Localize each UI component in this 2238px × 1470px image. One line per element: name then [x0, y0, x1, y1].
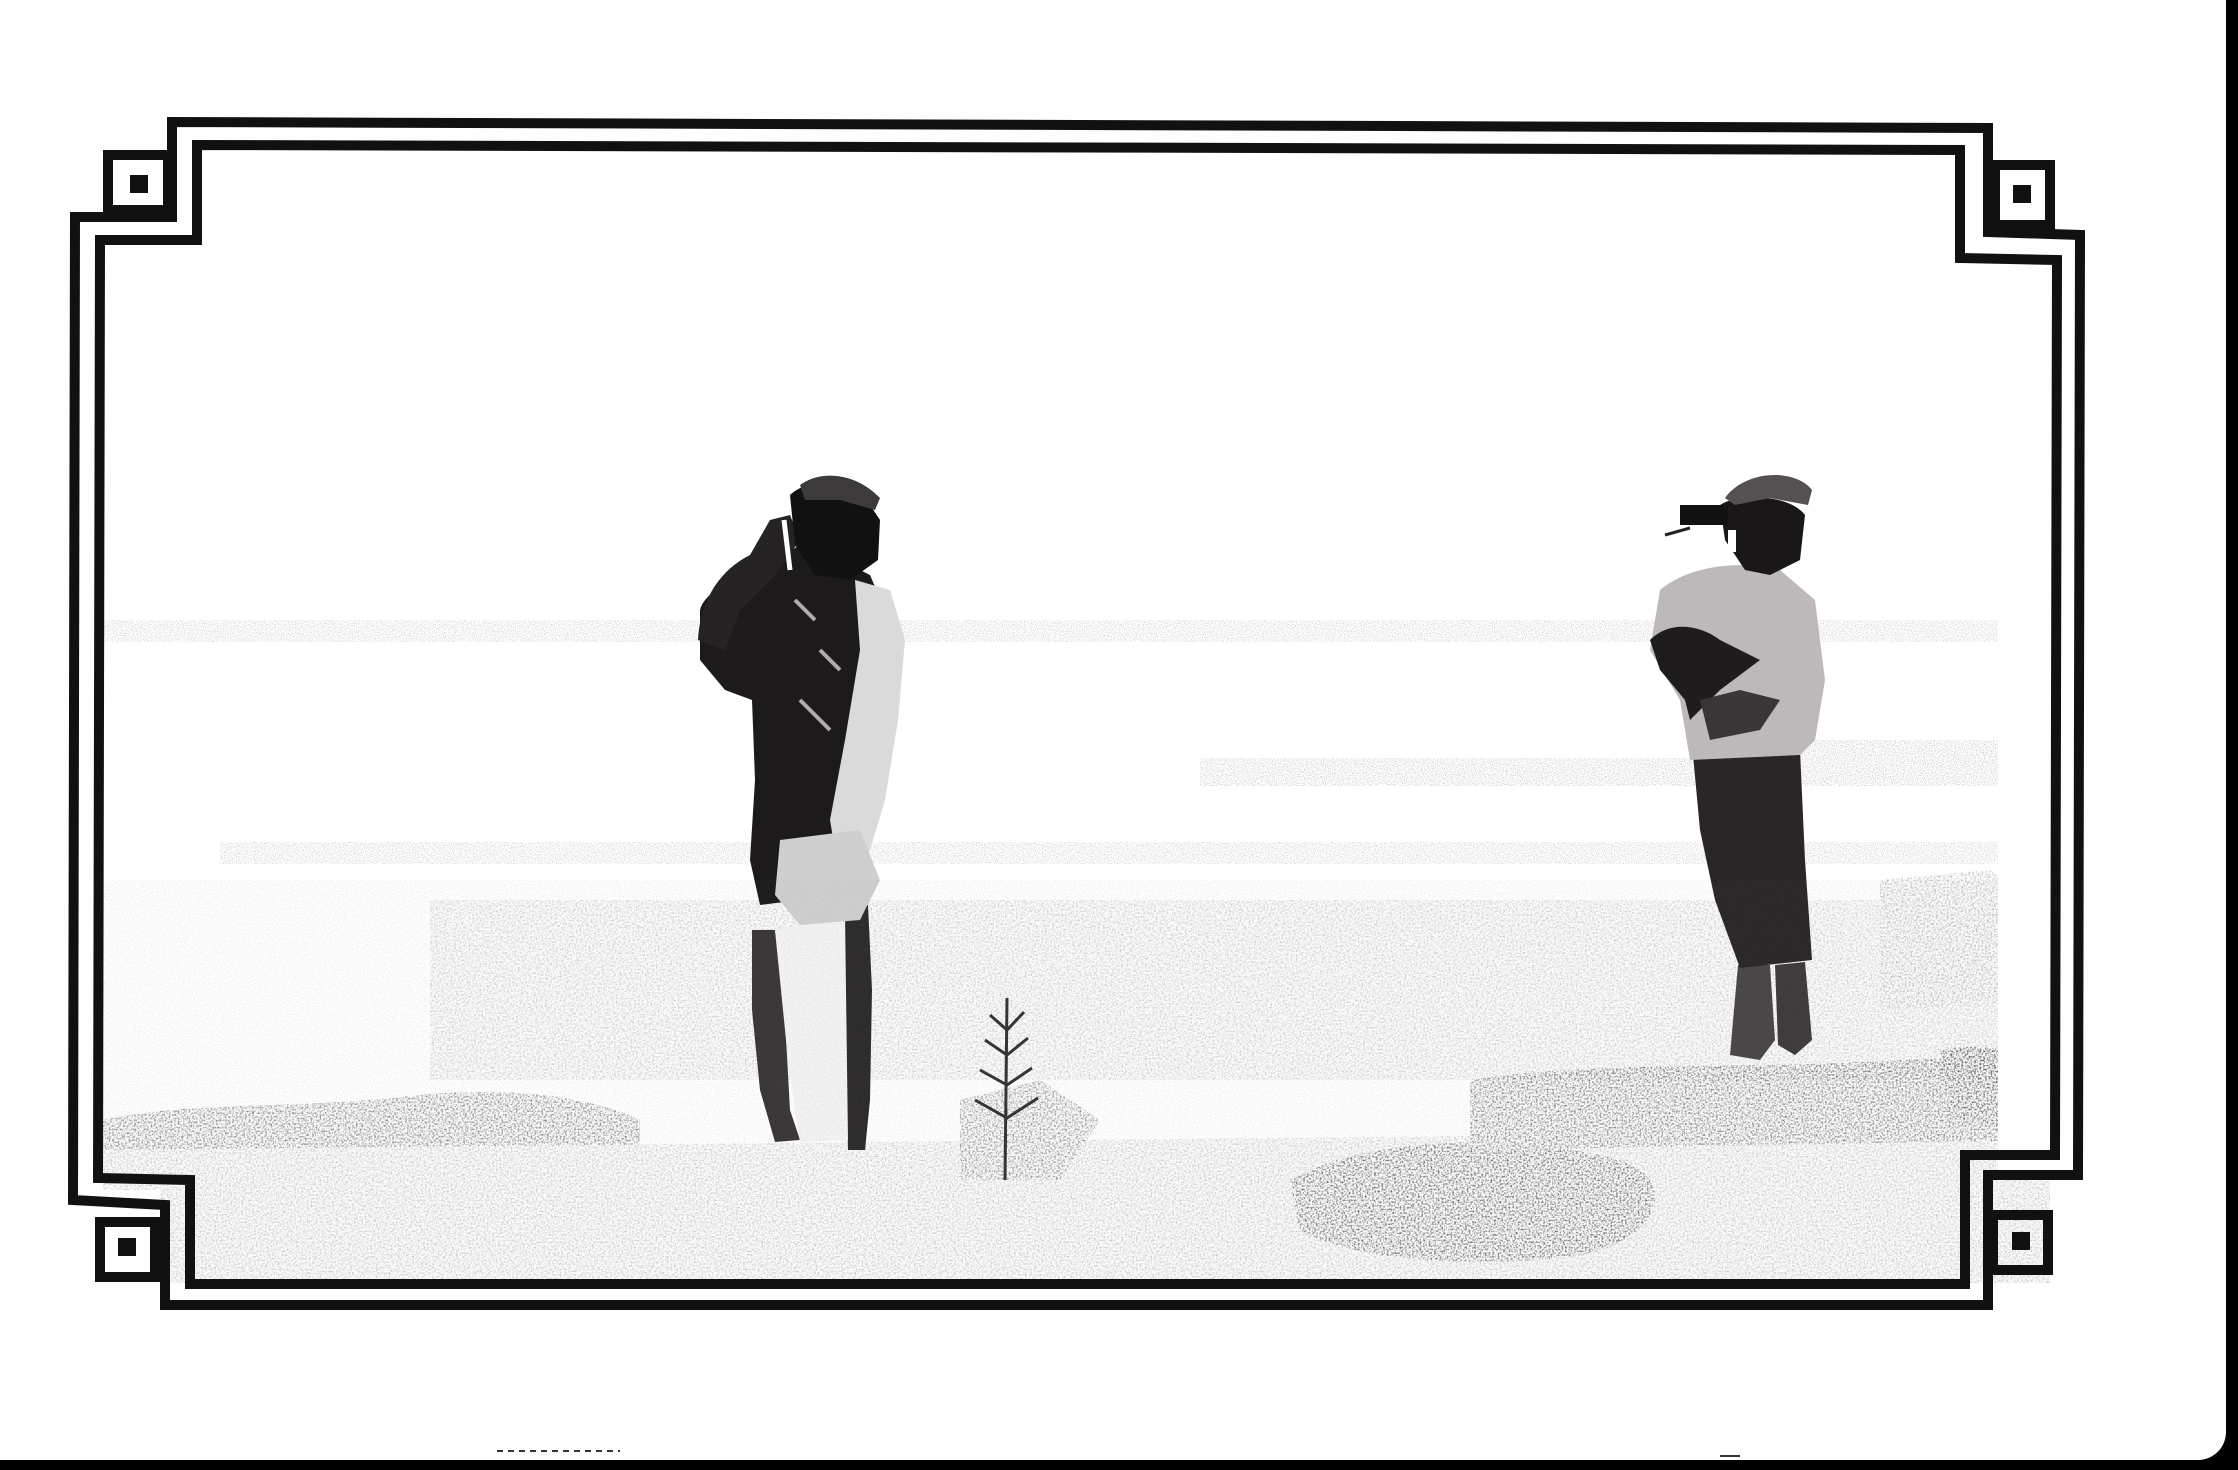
photo-with-frame [0, 0, 2238, 1470]
frame-corner-top-right [1995, 165, 2050, 225]
photograph [100, 145, 2060, 1290]
scanned-page: scanned book page [0, 0, 2226, 1460]
frame-corner-bottom-left [100, 1222, 155, 1277]
scan-marks [497, 1451, 1740, 1456]
frame-corner-top-left [108, 155, 168, 210]
